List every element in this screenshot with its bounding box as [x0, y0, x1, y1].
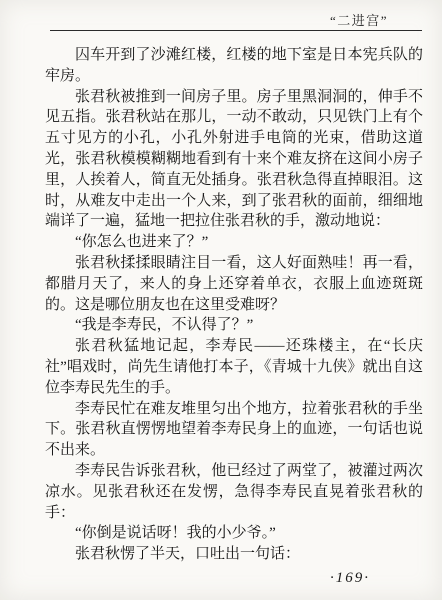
paragraph: 囚车开到了沙滩红楼，红楼的地下室是日本宪兵队的牢房。 [45, 45, 423, 87]
paragraph: “你怎么也进来了？” [45, 232, 423, 253]
running-header: “二进宫” [48, 10, 388, 29]
page-number: ·169· [330, 570, 370, 587]
book-page: “二进宫” 囚车开到了沙滩红楼，红楼的地下室是日本宪兵队的牢房。张君秋被推到一间… [0, 0, 442, 600]
paragraph: 李寿民忙在难友堆里匀出个地方，拉着张君秋的手坐下。张君秋直愣愣地望着李寿民身上的… [45, 399, 423, 461]
page-body: 囚车开到了沙滩红楼，红楼的地下室是日本宪兵队的牢房。张君秋被推到一间房子里。房子… [45, 45, 423, 565]
paragraph: 张君秋猛地记起，李寿民——还珠楼主，在“长庆社”唱戏时，尚先生请他打本子，《青城… [45, 336, 423, 398]
paragraph: 张君秋被推到一间房子里。房子里黑洞洞的，伸手不见五指。张君秋站在那儿，一动不敢动… [45, 87, 423, 233]
paragraph: “我是李寿民，不认得了？” [45, 315, 423, 336]
paragraph: 李寿民告诉张君秋，他已经过了两堂了，被灌过两次凉水。见张君秋还在发愣，急得李寿民… [45, 461, 423, 523]
header-rule [50, 30, 422, 31]
paragraph: “你倒是说话呀！我的小少爷。” [45, 523, 423, 544]
paragraph: 张君秋揉揉眼睛注目一看，这人好面熟哇！再一看，都腊月天了，来人的身上还穿着单衣，… [45, 253, 423, 315]
paragraph: 张君秋愣了半天，口吐出一句话： [45, 544, 423, 565]
